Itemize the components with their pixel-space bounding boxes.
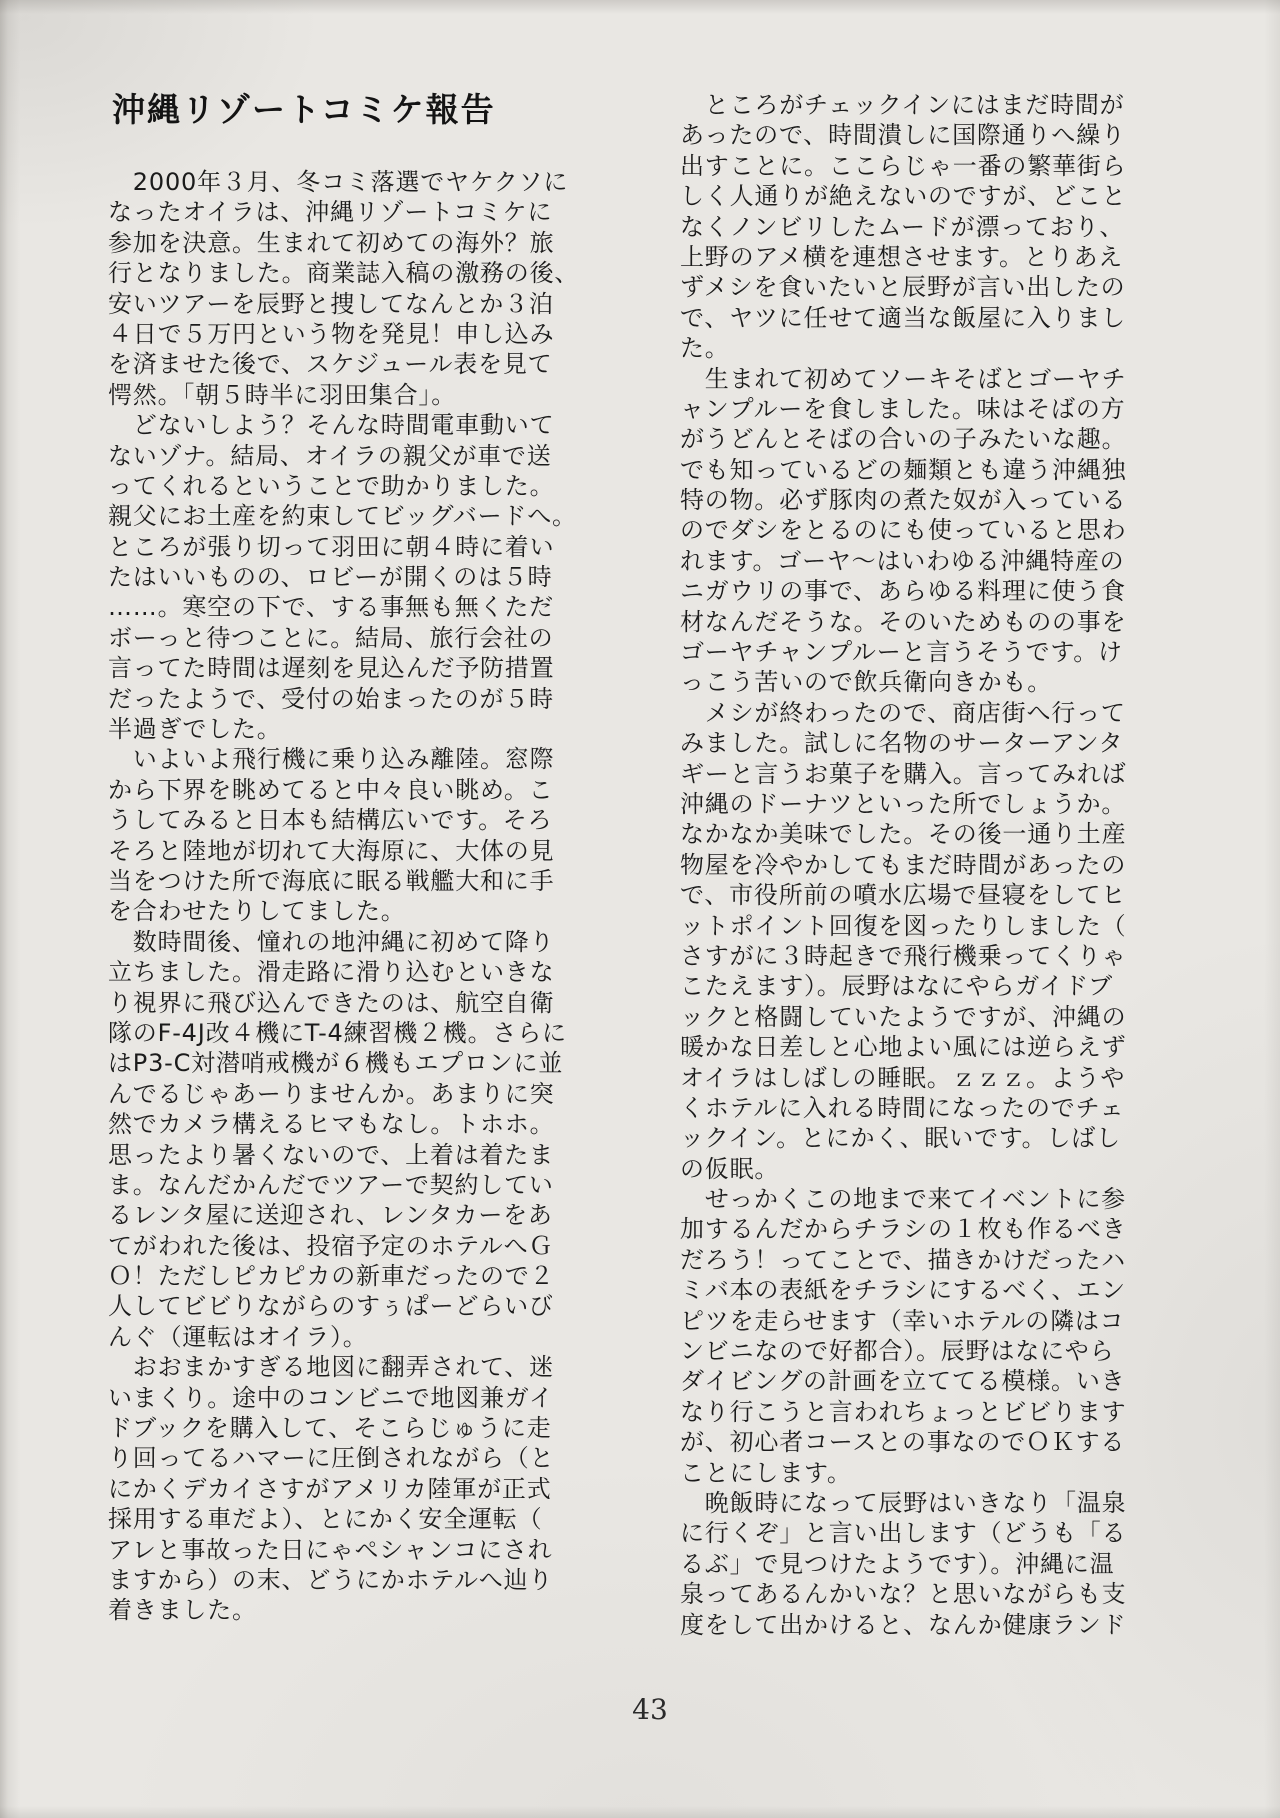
text-line: ミバ本の表紙をチラシにするべく、エン: [680, 1275, 1132, 1305]
text-line: ャンプルーを食しました。味はそばの方: [680, 394, 1132, 424]
text-line: アレと事故った日にゃペシャンコにされ: [108, 1535, 560, 1565]
left-paragraph-1: 2000年３月、冬コミ落選でヤケクソになったオイラは、沖縄リゾートコミケに参加を…: [108, 167, 560, 410]
text-line: にかくデカイさすがアメリカ陸軍が正式: [108, 1474, 560, 1504]
text-line: 親父にお土産を約束してビッグバードへ。: [108, 501, 560, 531]
text-line: ニガウリの事で、あらゆる料理に使う食: [680, 576, 1132, 606]
text-line: ドブックを購入して、そこらじゅうに走: [108, 1413, 560, 1443]
text-line: 2000年３月、冬コミ落選でヤケクソに: [108, 167, 560, 197]
text-line: ゴーヤチャンプルーと言うそうです。け: [680, 637, 1132, 667]
text-line: ットポイント回復を図ったりしました（: [680, 911, 1132, 941]
text-line: で、市役所前の噴水広場で昼寝をしてヒ: [680, 880, 1132, 910]
text-line: 加するんだからチラシの１枚も作るべき: [680, 1214, 1132, 1244]
left-paragraph-3: いよいよ飛行機に乗り込み離陸。窓際から下界を眺めてると中々良い眺め。こうしてみる…: [108, 744, 560, 926]
text-line: 晩飯時になって辰野はいきなり「温泉: [680, 1488, 1132, 1518]
text-line: 数時間後、憧れの地沖縄に初めて降り: [108, 927, 560, 957]
text-line: れます。ゴーヤ～はいわゆる沖縄特産の: [680, 546, 1132, 576]
text-line: だったようで、受付の始まったのが５時: [108, 684, 560, 714]
text-line: 言ってた時間は遅刻を見込んだ予防措置: [108, 653, 560, 683]
text-line: どないしよう？そんな時間電車動いて: [108, 410, 560, 440]
text-line: くホテルに入れる時間になったのでチェ: [680, 1093, 1132, 1123]
text-line: で、ヤツに任せて適当な飯屋に入りまし: [680, 303, 1132, 333]
text-line: るぶ」で見つけたようです）。沖縄に温: [680, 1549, 1132, 1579]
text-line: 上野のアメ横を連想させます。とりあえ: [680, 242, 1132, 272]
text-line: いまくり。途中のコンビニで地図兼ガイ: [108, 1383, 560, 1413]
text-line: ずメシを食いたいと辰野が言い出したの: [680, 272, 1132, 302]
right-paragraph-3: メシが終わったので、商店街へ行ってみました。試しに名物のサーターアンタギーと言う…: [680, 698, 1132, 1184]
scanned-document-page: { "page": { "title": "沖縄リゾートコミケ報告", "pag…: [0, 0, 1280, 1818]
text-line: ４日で５万円という物を発見！申し込み: [108, 319, 560, 349]
text-line: ボーっと待つことに。結局、旅行会社の: [108, 623, 560, 653]
text-line: ところが張り切って羽田に朝４時に着い: [108, 532, 560, 562]
text-line: のでダシをとるのにも使っていると思わ: [680, 515, 1132, 545]
right-paragraph-2: 生まれて初めてソーキそばとゴーヤチャンプルーを食しました。味はそばの方がうどんと…: [680, 364, 1132, 698]
text-line: 隊のF-4J改４機にT-4練習機２機。さらに: [108, 1018, 560, 1048]
text-line: た。: [680, 333, 1132, 363]
text-line: ダイビングの計画を立ててる模様。いき: [680, 1366, 1132, 1396]
text-line: を済ませた後で、スケジュール表を見て: [108, 349, 560, 379]
text-line: 沖縄のドーナツといった所でしょうか。: [680, 789, 1132, 819]
text-line: 材なんだそうな。そのいためものの事を: [680, 607, 1132, 637]
right-paragraph-5: 晩飯時になって辰野はいきなり「温泉に行くぞ」と言い出します（どうも「るるぶ」で見…: [680, 1488, 1132, 1640]
text-line: でも知っているどの麺類とも違う沖縄独: [680, 455, 1132, 485]
text-line: ま。なんだかんだでツアーで契約してい: [108, 1170, 560, 1200]
text-line: しく人通りが絶えないのですが、どこと: [680, 181, 1132, 211]
text-line: ンビニなので好都合）。辰野はなにやら: [680, 1336, 1132, 1366]
text-line: ギーと言うお菓子を購入。言ってみれば: [680, 759, 1132, 789]
text-line: を合わせたりしてました。: [108, 896, 560, 926]
text-line: ところがチェックインにはまだ時間が: [680, 90, 1132, 120]
right-text-column: ところがチェックインにはまだ時間があったので、時間潰しに国際通りへ繰り出すことに…: [680, 90, 1132, 1640]
text-line: いよいよ飛行機に乗り込み離陸。窓際: [108, 744, 560, 774]
text-line: ないゾナ。結局、オイラの親父が車で送: [108, 441, 560, 471]
text-line: り回ってるハマーに圧倒されながら（と: [108, 1443, 560, 1473]
text-line: はP3-C対潜哨戒機が６機もエプロンに並: [108, 1048, 560, 1078]
text-line: Ｏ！ただしピカピカの新車だったので２: [108, 1261, 560, 1291]
text-line: から下界を眺めてると中々良い眺め。こ: [108, 775, 560, 805]
left-paragraph-4: 数時間後、憧れの地沖縄に初めて降り立ちました。滑走路に滑り込むといきなり視界に飛…: [108, 927, 560, 1352]
text-line: がうどんとそばの合いの子みたいな趣。: [680, 424, 1132, 454]
text-line: なり行こうと言われちょっとビビります: [680, 1397, 1132, 1427]
text-line: てがわれた後は、投宿予定のホテルへＧ: [108, 1231, 560, 1261]
text-line: んでるじゃあーりませんか。あまりに突: [108, 1079, 560, 1109]
left-paragraph-5: おおまかすぎる地図に翻弄されて、迷いまくり。途中のコンビニで地図兼ガイドブックを…: [108, 1352, 560, 1626]
text-line: ってくれるということで助かりました。: [108, 471, 560, 501]
text-line: なったオイラは、沖縄リゾートコミケに: [108, 197, 560, 227]
text-line: さすがに３時起きで飛行機乗ってくりゃ: [680, 941, 1132, 971]
text-line: るレンタ屋に送迎され、レンタカーをあ: [108, 1200, 560, 1230]
text-line: に行くぞ」と言い出します（どうも「る: [680, 1518, 1132, 1548]
text-line: 採用する車だよ）、とにかく安全運転（: [108, 1504, 560, 1534]
text-line: ますから）の末、どうにかホテルへ辿り: [108, 1565, 560, 1595]
text-line: こたえます）。辰野はなにやらガイドブ: [680, 971, 1132, 1001]
text-line: 生まれて初めてソーキそばとゴーヤチ: [680, 364, 1132, 394]
text-line: 特の物。必ず豚肉の煮た奴が入っている: [680, 485, 1132, 515]
text-line: なくノンビリしたムードが漂っており、: [680, 212, 1132, 242]
text-line: 行となりました。商業誌入稿の激務の後、: [108, 258, 560, 288]
text-line: メシが終わったので、商店街へ行って: [680, 698, 1132, 728]
text-line: おおまかすぎる地図に翻弄されて、迷: [108, 1352, 560, 1382]
text-line: あったので、時間潰しに国際通りへ繰り: [680, 120, 1132, 150]
text-line: 暖かな日差しと心地よい風には逆らえず: [680, 1032, 1132, 1062]
text-line: 度をして出かけると、なんか健康ランド: [680, 1610, 1132, 1640]
left-paragraph-2: どないしよう？そんな時間電車動いてないゾナ。結局、オイラの親父が車で送ってくれる…: [108, 410, 560, 744]
text-line: ことにします。: [680, 1458, 1132, 1488]
text-line: 愕然。「朝５時半に羽田集合」。: [108, 380, 560, 410]
text-line: 泉ってあるんかいな？と思いながらも支: [680, 1579, 1132, 1609]
text-line: みました。試しに名物のサーターアンタ: [680, 728, 1132, 758]
text-line: そろと陸地が切れて大海原に、大体の見: [108, 836, 560, 866]
text-line: 当をつけた所で海底に眠る戦艦大和に手: [108, 866, 560, 896]
text-line: っこう苦いので飲兵衛向きかも。: [680, 667, 1132, 697]
text-line: 然でカメラ構えるヒマもなし。トホホ。: [108, 1109, 560, 1139]
text-line: り視界に飛び込んできたのは、航空自衛: [108, 988, 560, 1018]
text-line: 安いツアーを辰野と捜してなんとか３泊: [108, 289, 560, 319]
text-line: の仮眠。: [680, 1154, 1132, 1184]
right-paragraph-4: せっかくこの地まで来てイベントに参加するんだからチラシの１枚も作るべきだろう！っ…: [680, 1184, 1132, 1488]
left-text-column: 2000年３月、冬コミ落選でヤケクソになったオイラは、沖縄リゾートコミケに参加を…: [108, 167, 560, 1626]
text-line: 参加を決意。生まれて初めての海外？旅: [108, 228, 560, 258]
right-paragraph-1: ところがチェックインにはまだ時間があったので、時間潰しに国際通りへ繰り出すことに…: [680, 90, 1132, 364]
page-number: 43: [0, 1693, 1280, 1726]
page-title: 沖縄リゾートコミケ報告: [112, 84, 496, 131]
text-line: 立ちました。滑走路に滑り込むといきな: [108, 957, 560, 987]
text-line: ックイン。とにかく、眠いです。しばし: [680, 1123, 1132, 1153]
text-line: だろう！ってことで、描きかけだったハ: [680, 1245, 1132, 1275]
text-line: 人してビビりながらのすぅぱーどらいび: [108, 1291, 560, 1321]
text-line: せっかくこの地まで来てイベントに参: [680, 1184, 1132, 1214]
text-line: ックと格闘していたようですが、沖縄の: [680, 1002, 1132, 1032]
text-line: 半過ぎでした。: [108, 714, 560, 744]
text-line: ピツを走らせます（幸いホテルの隣はコ: [680, 1306, 1132, 1336]
text-line: オイラはしばしの睡眠。ｚｚｚ。ようや: [680, 1063, 1132, 1093]
text-line: ……。寒空の下で、する事無も無くただ: [108, 592, 560, 622]
text-line: 物屋を冷やかしてもまだ時間があったの: [680, 850, 1132, 880]
text-line: んぐ（運転はオイラ）。: [108, 1322, 560, 1352]
text-line: なかなか美味でした。その後一通り土産: [680, 819, 1132, 849]
text-line: 着きました。: [108, 1595, 560, 1625]
text-line: うしてみると日本も結構広いです。そろ: [108, 805, 560, 835]
text-line: 思ったより暑くないので、上着は着たま: [108, 1140, 560, 1170]
text-line: たはいいものの、ロビーが開くのは５時: [108, 562, 560, 592]
text-line: 出すことに。ここらじゃ一番の繁華街ら: [680, 151, 1132, 181]
text-line: が、初心者コースとの事なのでＯＫする: [680, 1427, 1132, 1457]
